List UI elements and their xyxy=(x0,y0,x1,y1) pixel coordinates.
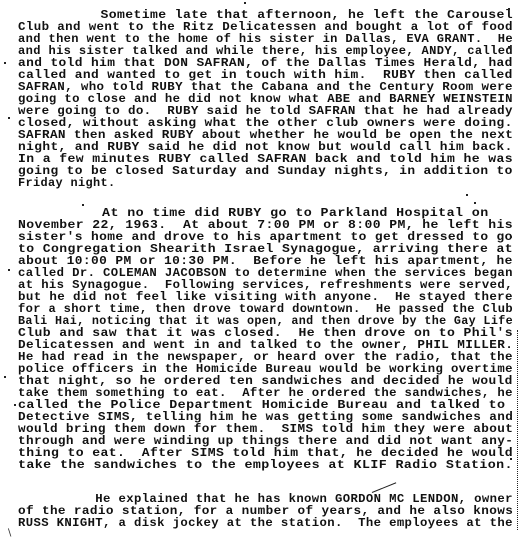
scan-speck xyxy=(474,202,476,204)
scan-speck xyxy=(507,132,509,134)
scan-speck xyxy=(8,117,10,119)
scan-mark: ∖ xyxy=(6,528,12,539)
scan-margin-line xyxy=(517,330,518,530)
text-line: Friday night. xyxy=(18,178,115,190)
scan-speck xyxy=(490,442,492,444)
document-page: Sometime late that afternoon, he left th… xyxy=(0,0,523,545)
scan-speck xyxy=(510,236,512,238)
text-line: take the sandwiches to the employees at … xyxy=(18,460,513,472)
text-line: RUSS KNIGHT, a disk jockey at the statio… xyxy=(18,518,513,530)
scan-speck xyxy=(82,204,84,206)
pen-mark xyxy=(372,482,396,493)
scan-speck xyxy=(510,458,512,460)
scan-speck xyxy=(508,46,510,48)
scan-speck xyxy=(508,8,510,10)
scan-speck xyxy=(14,404,16,406)
scan-speck xyxy=(8,269,10,271)
scan-speck xyxy=(244,2,246,4)
scan-speck xyxy=(4,62,6,64)
scan-speck xyxy=(4,376,6,378)
scan-speck xyxy=(466,194,468,196)
